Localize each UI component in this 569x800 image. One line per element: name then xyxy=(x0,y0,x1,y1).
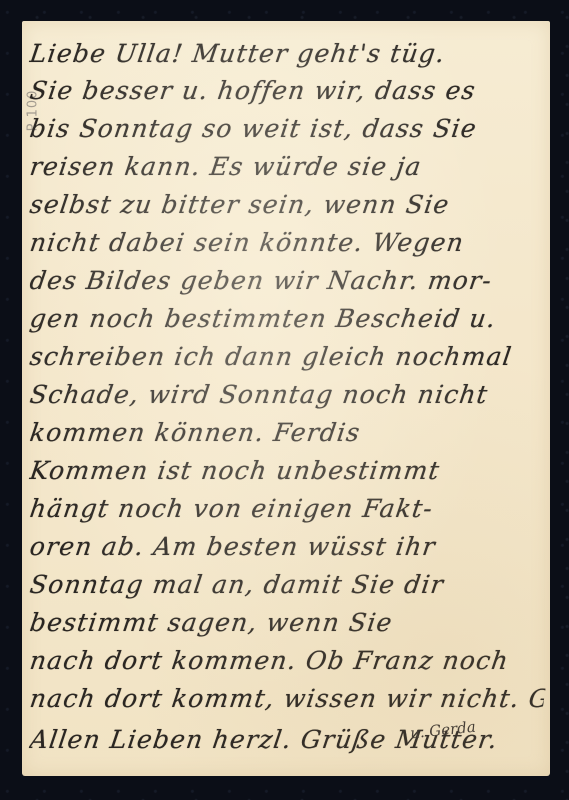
handwritten-line-11: kommen können. Ferdis xyxy=(28,416,547,450)
handwritten-line-6: nicht dabei sein könnte. Wegen xyxy=(28,226,547,260)
handwritten-line-18: nach dort kommt, wissen wir nicht. Gruß. xyxy=(28,682,547,716)
handwritten-line-3: bis Sonntag so weit ist, dass Sie xyxy=(28,112,547,146)
handwritten-line-14: oren ab. Am besten wüsst ihr xyxy=(28,530,547,564)
handwritten-line-12: Kommen ist noch unbestimmt xyxy=(28,454,547,488)
handwritten-line-15: Sonntag mal an, damit Sie dir xyxy=(28,568,547,602)
handwritten-line-8: gen noch bestimmten Bescheid u. xyxy=(28,302,547,336)
handwritten-line-9: schreiben ich dann gleich nochmal xyxy=(28,340,547,374)
handwritten-line-7: des Bildes geben wir Nachr. mor- xyxy=(28,264,547,298)
handwritten-line-10: Schade, wird Sonntag noch nicht xyxy=(28,378,547,412)
handwritten-line-1: Liebe Ulla! Mutter geht's tüg. xyxy=(28,37,547,71)
handwritten-line-5: selbst zu bitter sein, wenn Sie xyxy=(28,188,547,222)
handwritten-line-16: bestimmt sagen, wenn Sie xyxy=(28,606,547,640)
postcard: P 100 Liebe Ulla! Mutter geht's tüg. Sie… xyxy=(22,21,550,776)
handwritten-line-2: Sie besser u. hoffen wir, dass es xyxy=(28,74,547,108)
handwritten-line-4: reisen kann. Es würde sie ja xyxy=(28,150,547,184)
handwritten-line-13: hängt noch von einigen Fakt- xyxy=(28,492,547,526)
handwritten-line-17: nach dort kommen. Ob Franz noch xyxy=(28,644,547,678)
